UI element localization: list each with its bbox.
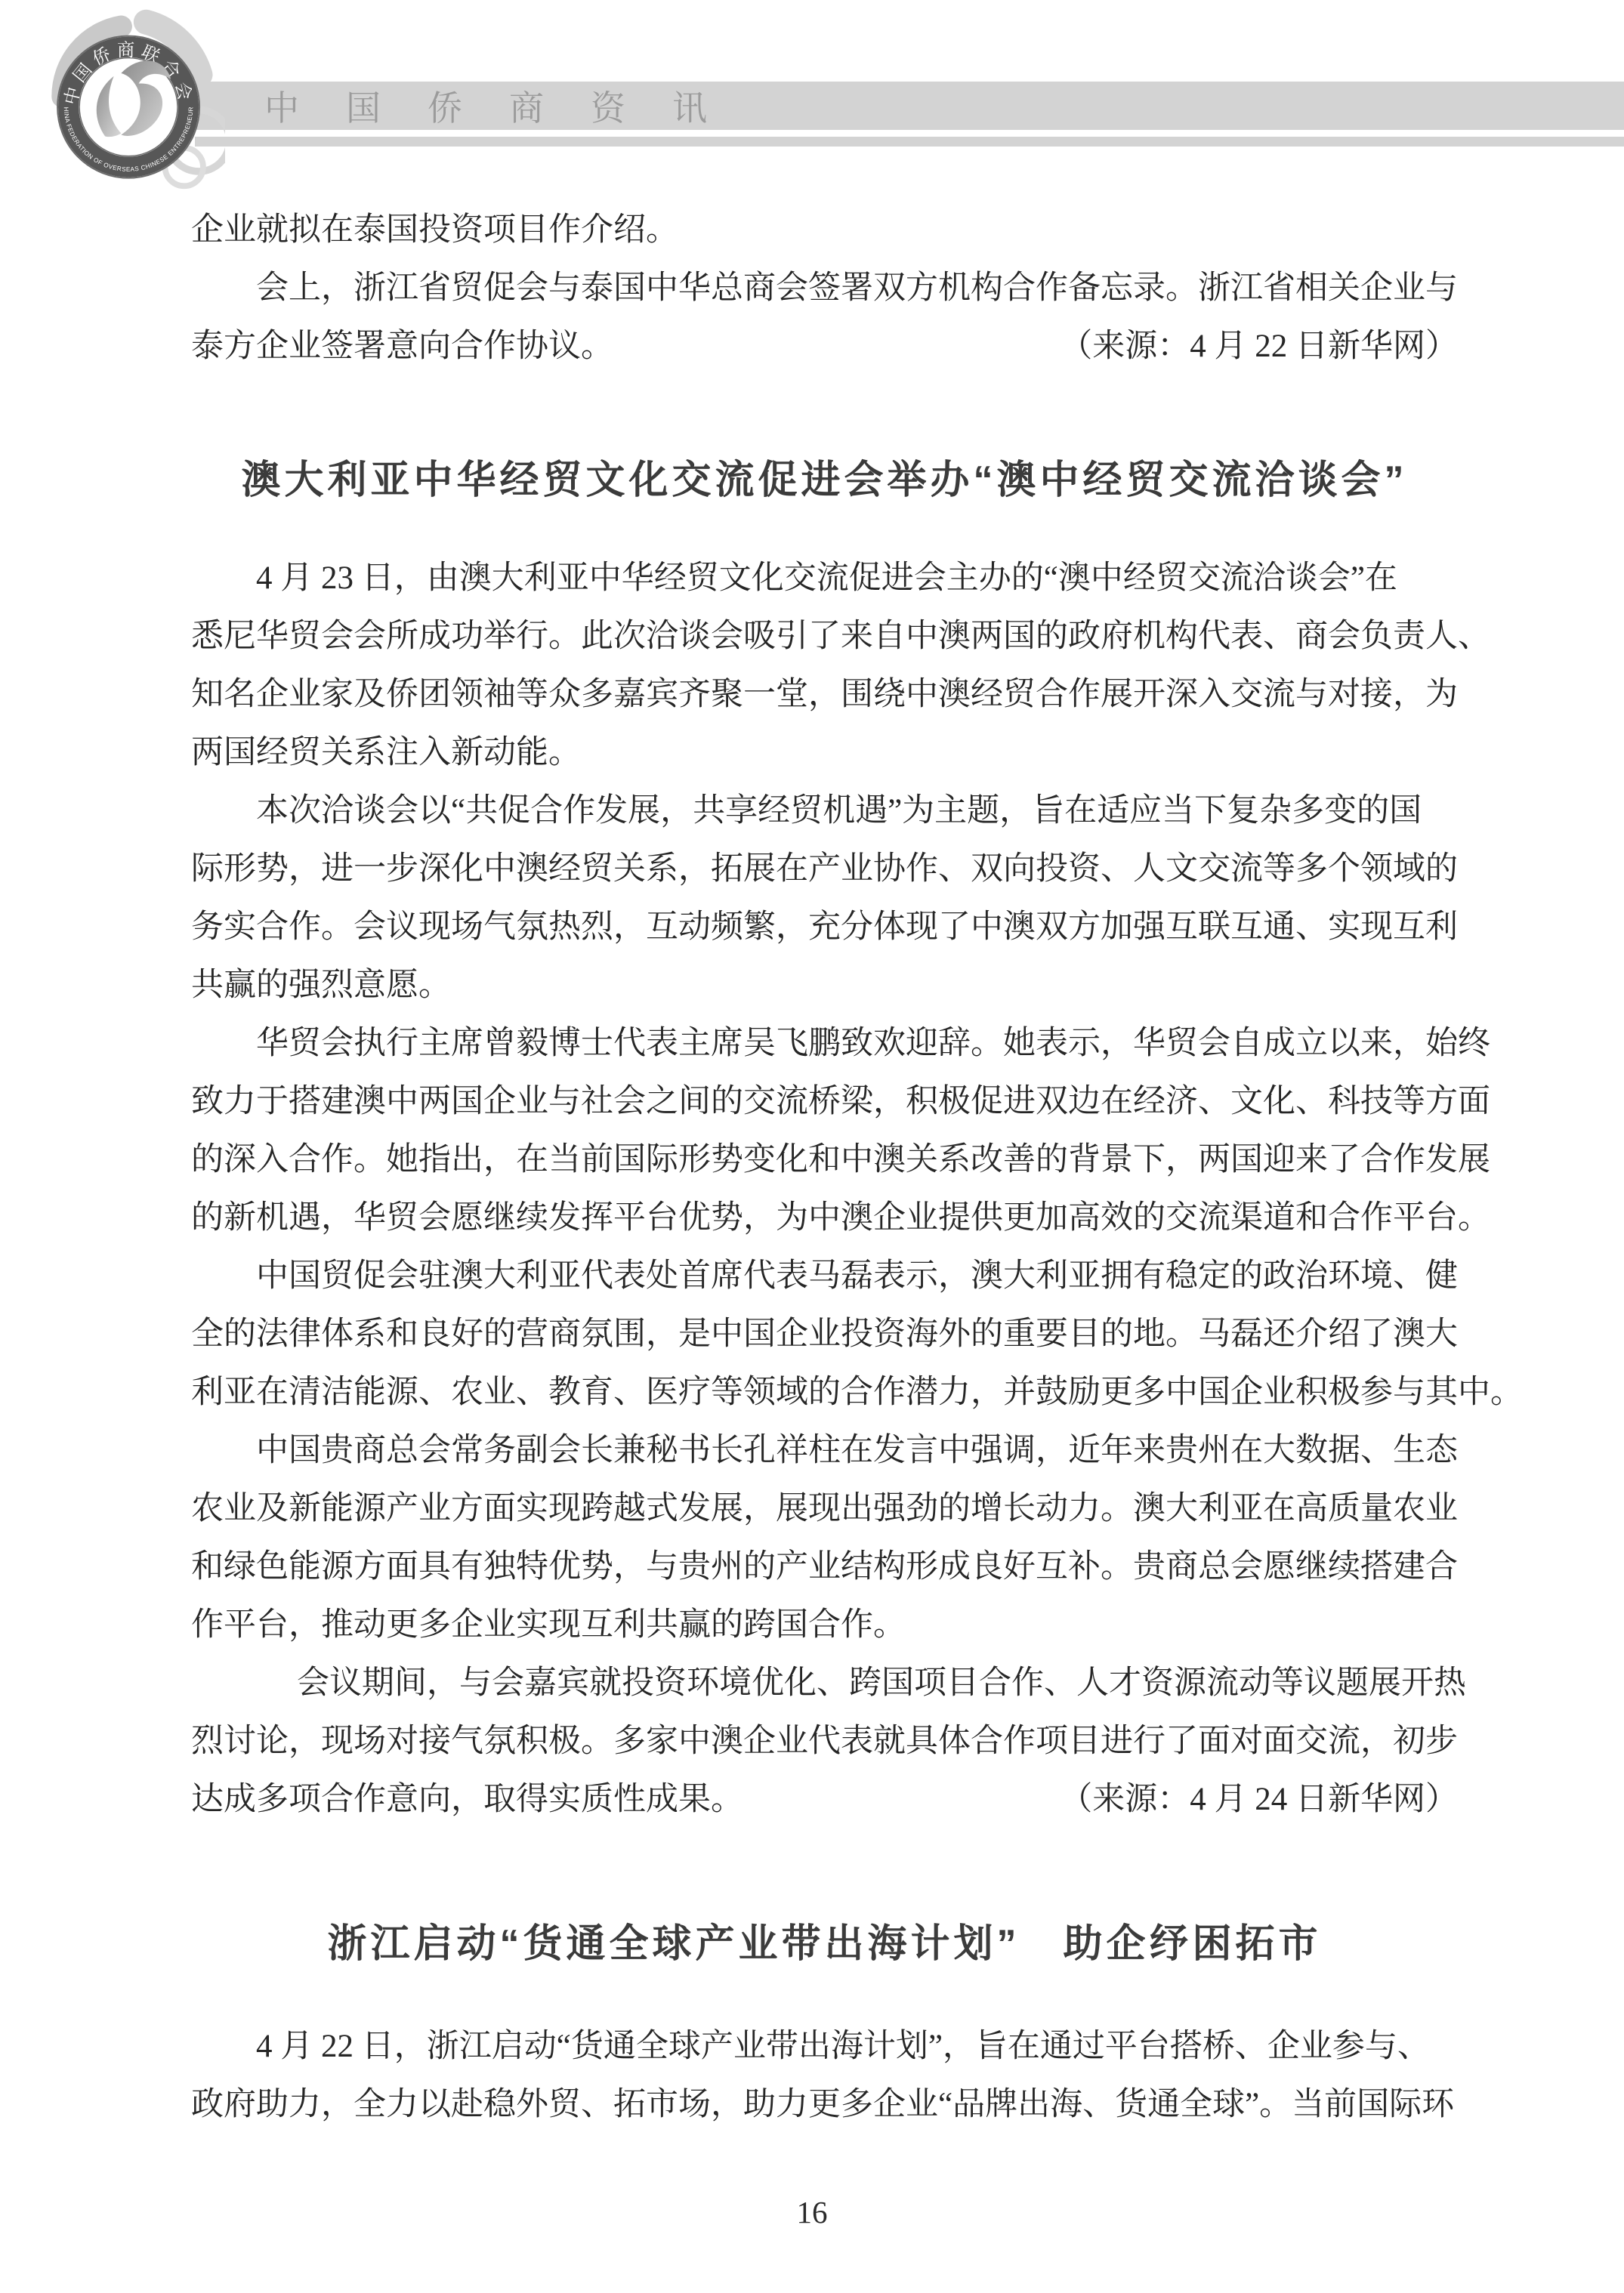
body-line: 烈讨论，现场对接气氛积极。多家中澳企业代表就具体合作项目进行了面对面交流，初步 bbox=[191, 1712, 1458, 1770]
body-line: 致力于搭建澳中两国企业与社会之间的交流桥梁，积极促进双边在经济、文化、科技等方面 bbox=[191, 1072, 1458, 1131]
body-line: 本次洽谈会以“共促合作发展，共享经贸机遇”为主题，旨在适应当下复杂多变的国 bbox=[191, 782, 1458, 840]
body-line: 4 月 22 日，浙江启动“货通全球产业带出海计划”，旨在通过平台搭桥、企业参与… bbox=[191, 2017, 1458, 2075]
body-line: 利亚在清洁能源、农业、教育、医疗等领域的合作潜力，并鼓励更多中国企业积极参与其中… bbox=[191, 1363, 1458, 1421]
source-credit: （来源：4 月 24 日新华网） bbox=[1060, 1770, 1458, 1829]
body-line: 知名企业家及侨团领袖等众多嘉宾齐聚一堂，围绕中澳经贸合作展开深入交流与对接，为 bbox=[191, 665, 1458, 724]
body-line: 两国经贸关系注入新动能。 bbox=[191, 724, 1458, 782]
body-line: 企业就拟在泰国投资项目作介绍。 bbox=[191, 201, 1458, 259]
masthead-banner: 中国侨商资讯 bbox=[195, 82, 1624, 130]
federation-logo-icon: 中国侨商联合会 CHINA FEDERATION OF OVERSEAS CHI… bbox=[35, 3, 225, 193]
masthead-title: 中国侨商资讯 bbox=[264, 81, 754, 131]
banner-underline bbox=[195, 137, 1624, 147]
body-line: 的深入合作。她指出，在当前国际形势变化和中澳关系改善的背景下，两国迎来了合作发展 bbox=[191, 1131, 1458, 1189]
body-line: 中国贵商总会常务副会长兼秘书长孔祥柱在发言中强调，近年来贵州在大数据、生态 bbox=[191, 1421, 1458, 1480]
body-line: 农业及新能源产业方面实现跨越式发展，展现出强劲的增长动力。澳大利亚在高质量农业 bbox=[191, 1480, 1458, 1538]
body-line: 4 月 23 日，由澳大利亚中华经贸文化交流促进会主办的“澳中经贸交流洽谈会”在 bbox=[191, 549, 1458, 607]
body-line: 共赢的强烈意愿。 bbox=[191, 956, 1458, 1014]
body-text: 达成多项合作意向，取得实质性成果。 bbox=[191, 1770, 743, 1829]
body-line: 会议期间，与会嘉宾就投资环境优化、跨国项目合作、人才资源流动等议题展开热 bbox=[191, 1654, 1458, 1712]
body-text: 泰方企业签署意向合作协议。 bbox=[191, 317, 613, 375]
page-number: 16 bbox=[0, 2194, 1624, 2230]
article-title: 浙江启动“货通全球产业带出海计划” 助企纾困拓市 bbox=[191, 1915, 1458, 1974]
body-line: 会上，浙江省贸促会与泰国中华总商会签署双方机构合作备忘录。浙江省相关企业与 bbox=[191, 259, 1458, 317]
body-line: 悉尼华贸会会所成功举行。此次洽谈会吸引了来自中澳两国的政府机构代表、商会负责人、 bbox=[191, 607, 1458, 665]
body-line: 全的法律体系和良好的营商氛围，是中国企业投资海外的重要目的地。马磊还介绍了澳大 bbox=[191, 1305, 1458, 1363]
source-credit: （来源：4 月 22 日新华网） bbox=[1060, 317, 1458, 375]
body-line: 务实合作。会议现场气氛热烈，互动频繁，充分体现了中澳双方加强互联互通、实现互利 bbox=[191, 898, 1458, 956]
body-line: 际形势，进一步深化中澳经贸关系，拓展在产业协作、双向投资、人文交流等多个领域的 bbox=[191, 840, 1458, 898]
body-line: 政府助力，全力以赴稳外贸、拓市场，助力更多企业“品牌出海、货通全球”。当前国际环 bbox=[191, 2075, 1458, 2134]
body-line: 华贸会执行主席曾毅博士代表主席吴飞鹏致欢迎辞。她表示，华贸会自成立以来，始终 bbox=[191, 1014, 1458, 1072]
body-line: 中国贸促会驻澳大利亚代表处首席代表马磊表示，澳大利亚拥有稳定的政治环境、健 bbox=[191, 1247, 1458, 1305]
article-content: 企业就拟在泰国投资项目作介绍。会上，浙江省贸促会与泰国中华总商会签署双方机构合作… bbox=[191, 201, 1458, 2134]
body-line-with-source: 泰方企业签署意向合作协议。（来源：4 月 22 日新华网） bbox=[191, 317, 1458, 375]
body-line: 作平台，推动更多企业实现互利共赢的跨国合作。 bbox=[191, 1596, 1458, 1654]
body-line: 的新机遇，华贸会愿继续发挥平台优势，为中澳企业提供更加高效的交流渠道和合作平台。 bbox=[191, 1189, 1458, 1247]
article-title: 澳大利亚中华经贸文化交流促进会举办“澳中经贸交流洽谈会” bbox=[191, 452, 1458, 510]
body-line: 和绿色能源方面具有独特优势，与贵州的产业结构形成良好互补。贵商总会愿继续搭建合 bbox=[191, 1538, 1458, 1596]
body-line-with-source: 达成多项合作意向，取得实质性成果。（来源：4 月 24 日新华网） bbox=[191, 1770, 1458, 1829]
document-page: 中国侨商资讯 中国侨商联合会 CHINA FEDERATION OF OVERS… bbox=[0, 0, 1624, 2293]
